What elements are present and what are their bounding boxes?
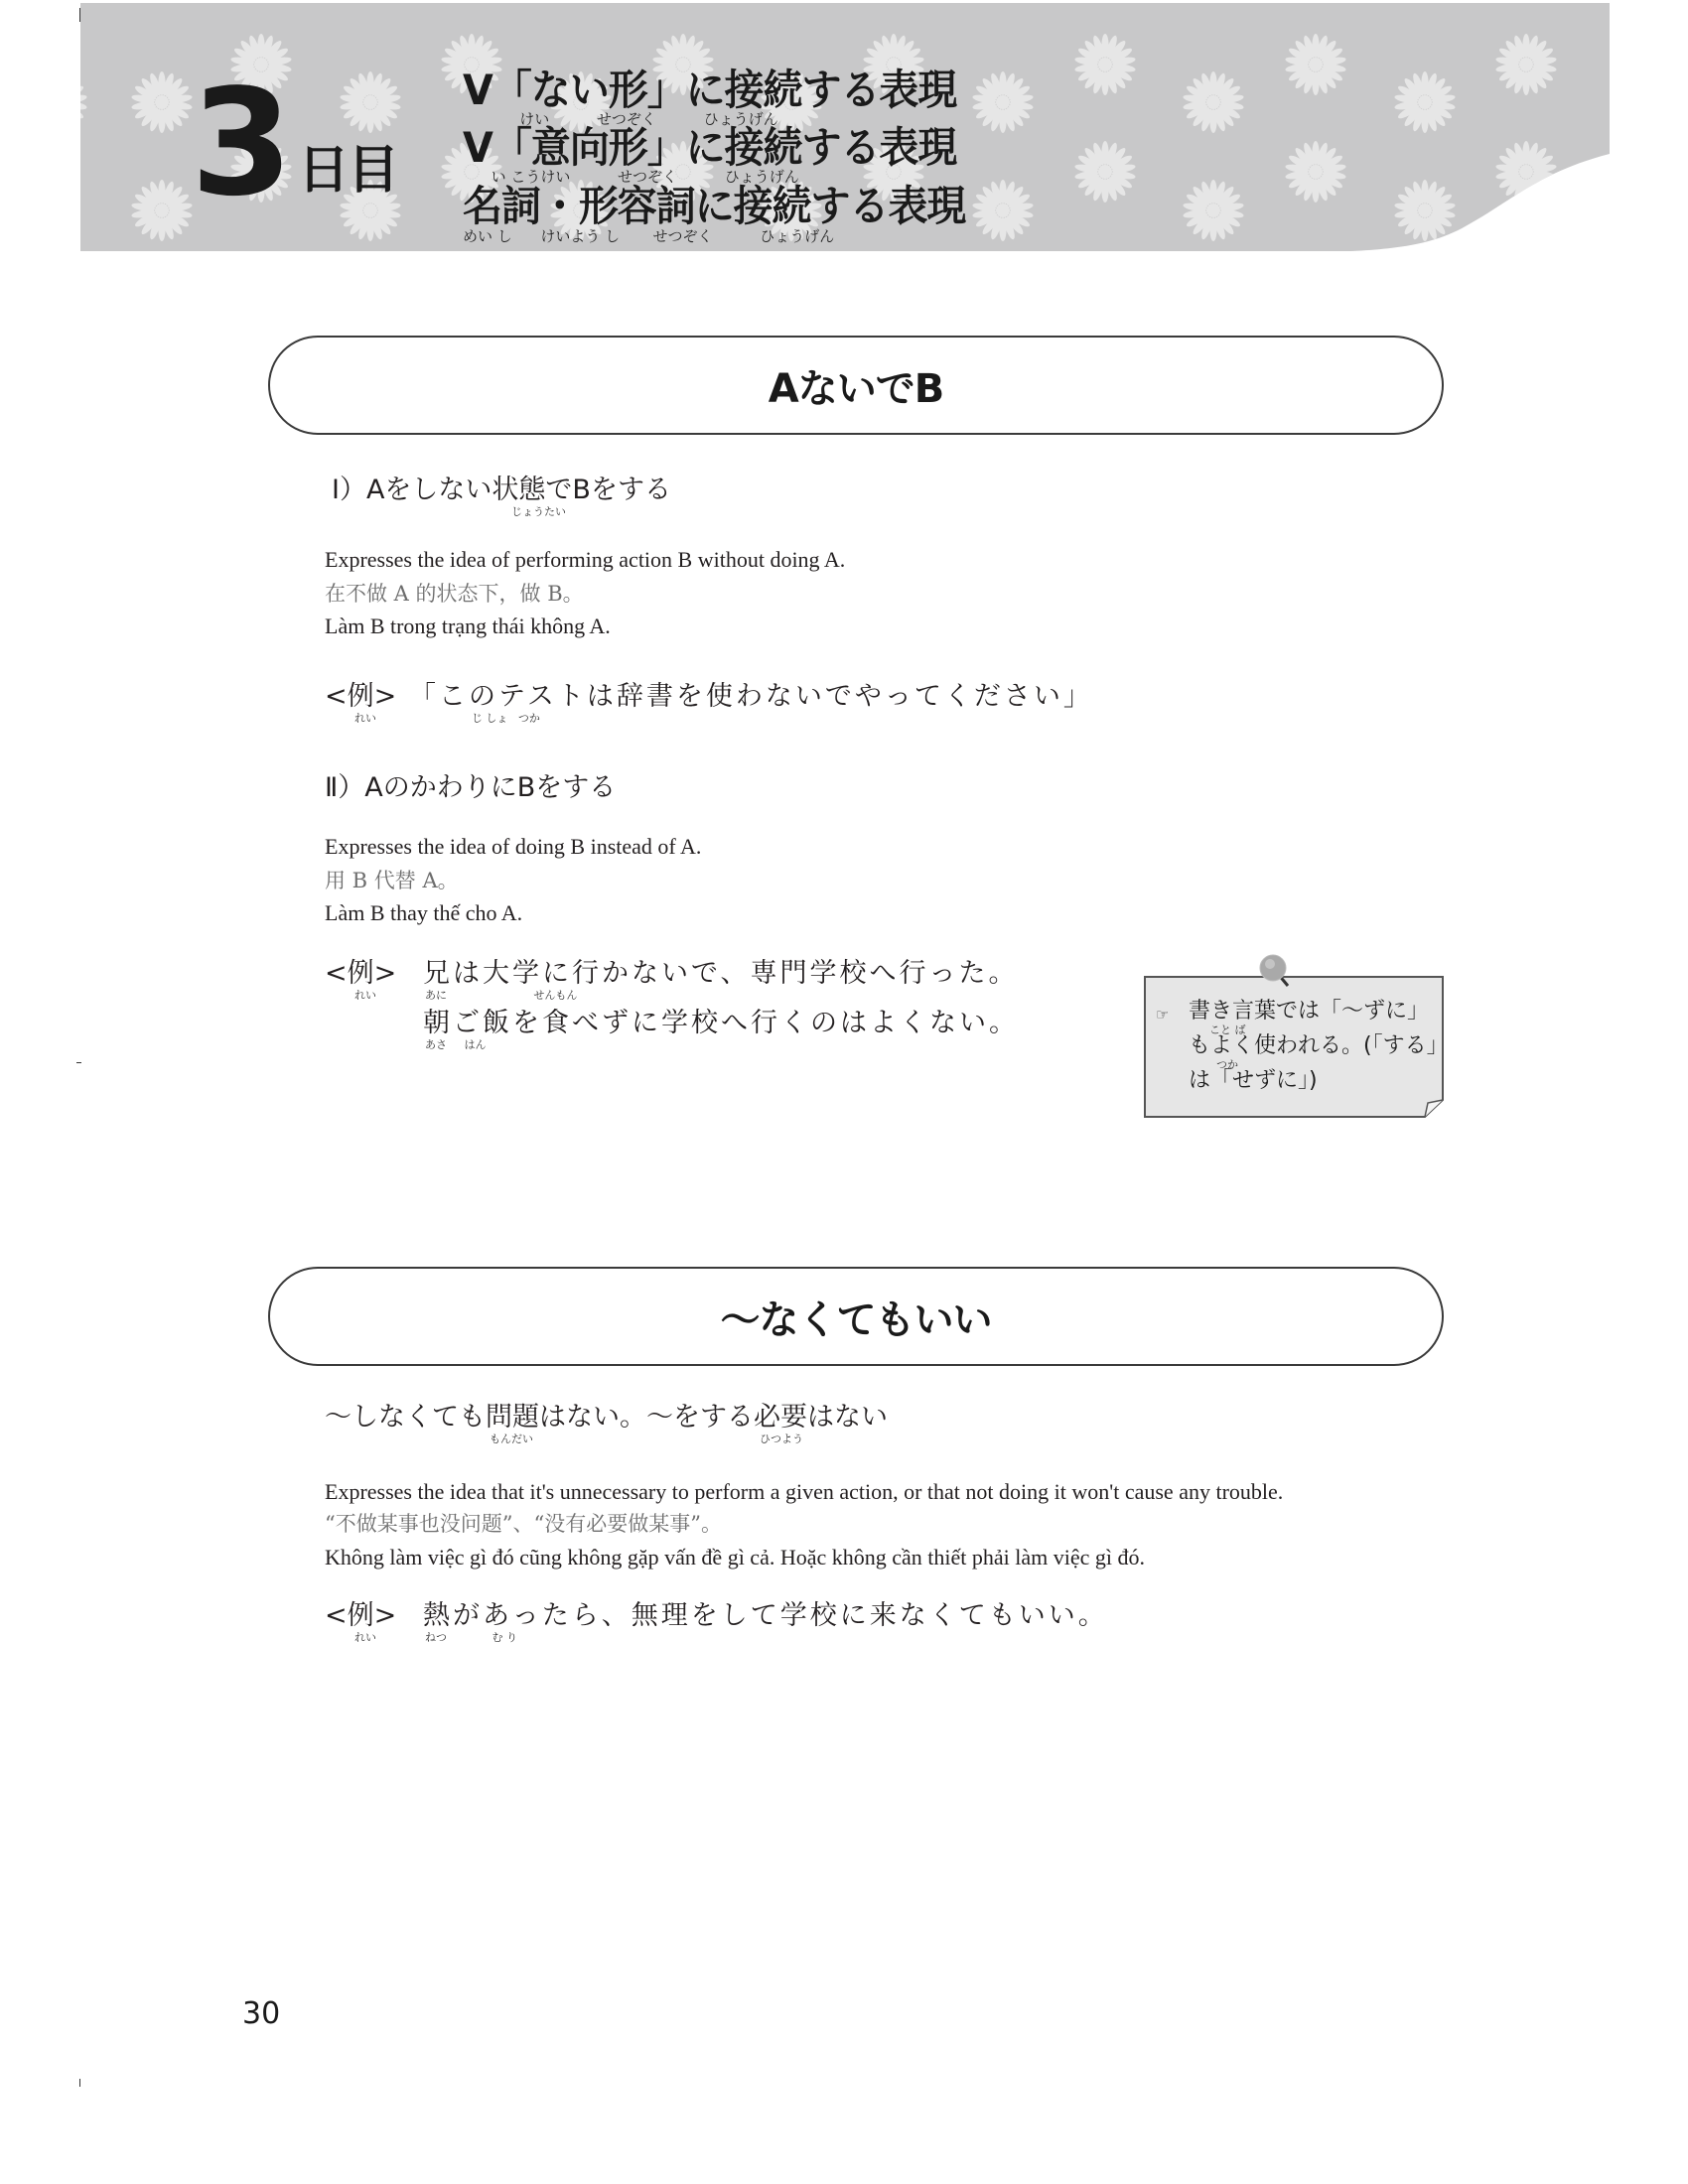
crop-mark xyxy=(76,1062,81,1063)
example-sentence: 兄は大学に行かないで、専門学校へ行った。 xyxy=(423,958,1018,990)
note-line: 書き言葉では「～ずに」 xyxy=(1189,999,1429,1024)
chapter-title-ruby-3: めい し けいよう し せつぞく ひょうげん xyxy=(463,228,834,244)
explanation-chinese: 在不做 A 的状态下，做 B。 xyxy=(325,581,584,607)
note-line: もよく使われる。(「する」 xyxy=(1189,1033,1449,1059)
explanation-chinese: “不做某事也没问题”、“没有必要做某事”。 xyxy=(325,1511,722,1537)
example-ruby: あに せんもん xyxy=(425,990,577,1002)
example-label: <例> xyxy=(325,958,396,990)
heading-ruby: ひつよう xyxy=(760,1433,803,1445)
explanation-chinese: 用 B 代替 A。 xyxy=(325,868,459,893)
example-label-ruby: れい xyxy=(354,990,376,1002)
example-sentence: 朝ご飯を食べずに学校へ行くのはよくない。 xyxy=(423,1008,1019,1039)
section-title-box: ～なくてもいい xyxy=(268,1267,1444,1366)
pointing-hand-icon: ☞ xyxy=(1156,1006,1169,1024)
section-title: ～なくてもいい xyxy=(721,1289,992,1345)
day-label: 日目 xyxy=(298,141,397,201)
chapter-title-line-2: V「意向形」に接続する表現 xyxy=(463,125,956,171)
example-label-ruby: れい xyxy=(354,1632,376,1644)
example-sentence: 熱があったら、無理をして学校に来なくてもいい。 xyxy=(423,1600,1108,1632)
heading-ruby: もんだい xyxy=(490,1433,533,1445)
crop-mark xyxy=(79,2079,80,2087)
heading-ruby: じょうたい xyxy=(511,506,566,518)
note-line: は「せずに」) xyxy=(1189,1068,1318,1094)
example-ruby: あさ はん xyxy=(425,1039,486,1051)
example-label: <例> xyxy=(325,681,396,713)
page-number: 30 xyxy=(242,1997,280,2031)
section-title: AないでB xyxy=(769,357,943,414)
subsection-heading: ～しなくても問題はない。～をする必要はない xyxy=(325,1402,888,1433)
example-label-ruby: れい xyxy=(354,713,376,725)
note-card: ☞ 書き言葉では「～ずに」 こと ば もよく使われる。(「する」 つか は「せず… xyxy=(1144,976,1442,1115)
chapter-title-line-1: V「ない形」に接続する表現 xyxy=(463,68,956,113)
subsection-heading: Ⅰ）Aをしない状態でBをする xyxy=(332,475,671,506)
explanation-vietnamese: Làm B thay thế cho A. xyxy=(325,900,522,926)
chapter-title-line-3: 名詞・形容詞に接続する表現 xyxy=(463,184,965,229)
explanation-vietnamese: Không làm việc gì đó cũng không gặp vấn … xyxy=(325,1545,1145,1570)
pushpin-icon xyxy=(1256,952,1296,992)
explanation-english: Expresses the idea of performing action … xyxy=(325,547,845,573)
example-sentence: 「このテストは辞書を使わないでやってください」 xyxy=(409,681,1093,713)
explanation-english: Expresses the idea that it's unnecessary… xyxy=(325,1479,1283,1505)
explanation-english: Expresses the idea of doing B instead of… xyxy=(325,834,701,860)
example-label: <例> xyxy=(325,1600,396,1632)
section-title-box: AないでB xyxy=(268,336,1444,435)
explanation-vietnamese: Làm B trong trạng thái không A. xyxy=(325,614,611,639)
day-number: 3 xyxy=(191,69,289,216)
subsection-heading: Ⅱ）AのかわりにBをする xyxy=(325,772,616,804)
example-ruby: ねつ む り xyxy=(425,1632,517,1644)
example-ruby: じ しょ つか xyxy=(409,713,540,725)
